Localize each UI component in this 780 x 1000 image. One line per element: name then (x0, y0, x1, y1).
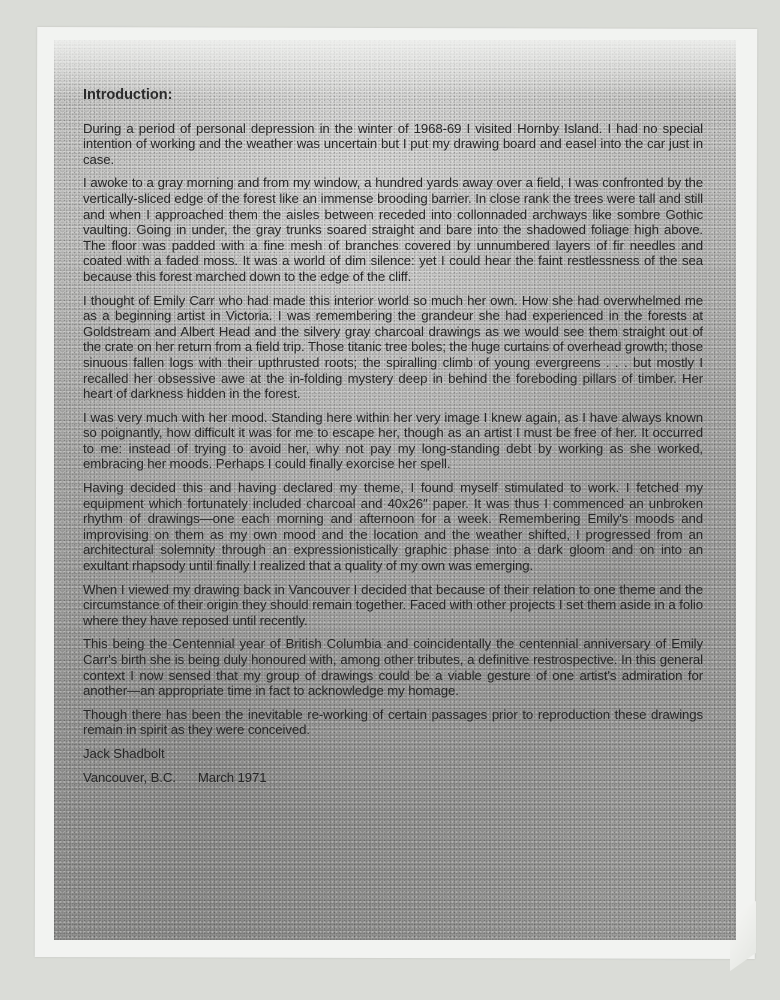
document-heading: Introduction: (83, 88, 703, 104)
signature-date: March 1971 (198, 770, 267, 785)
paragraph: During a period of personal depression i… (83, 121, 703, 168)
signature-place-date: Vancouver, B.C.March 1971 (83, 770, 703, 786)
document-body: Introduction: During a period of persona… (83, 88, 703, 793)
paragraph: I awoke to a gray morning and from my wi… (83, 175, 703, 284)
signature-author: Jack Shadbolt (83, 746, 703, 762)
paragraph: Though there has been the inevitable re-… (83, 707, 703, 738)
signature-place: Vancouver, B.C. (83, 770, 176, 785)
paragraph: I was very much with her mood. Standing … (83, 410, 703, 472)
paragraph: When I viewed my drawing back in Vancouv… (83, 582, 703, 629)
paragraph: This being the Centennial year of Britis… (83, 636, 703, 698)
paragraph: I thought of Emily Carr who had made thi… (83, 293, 703, 402)
paragraph: Having decided this and having declared … (83, 480, 703, 574)
